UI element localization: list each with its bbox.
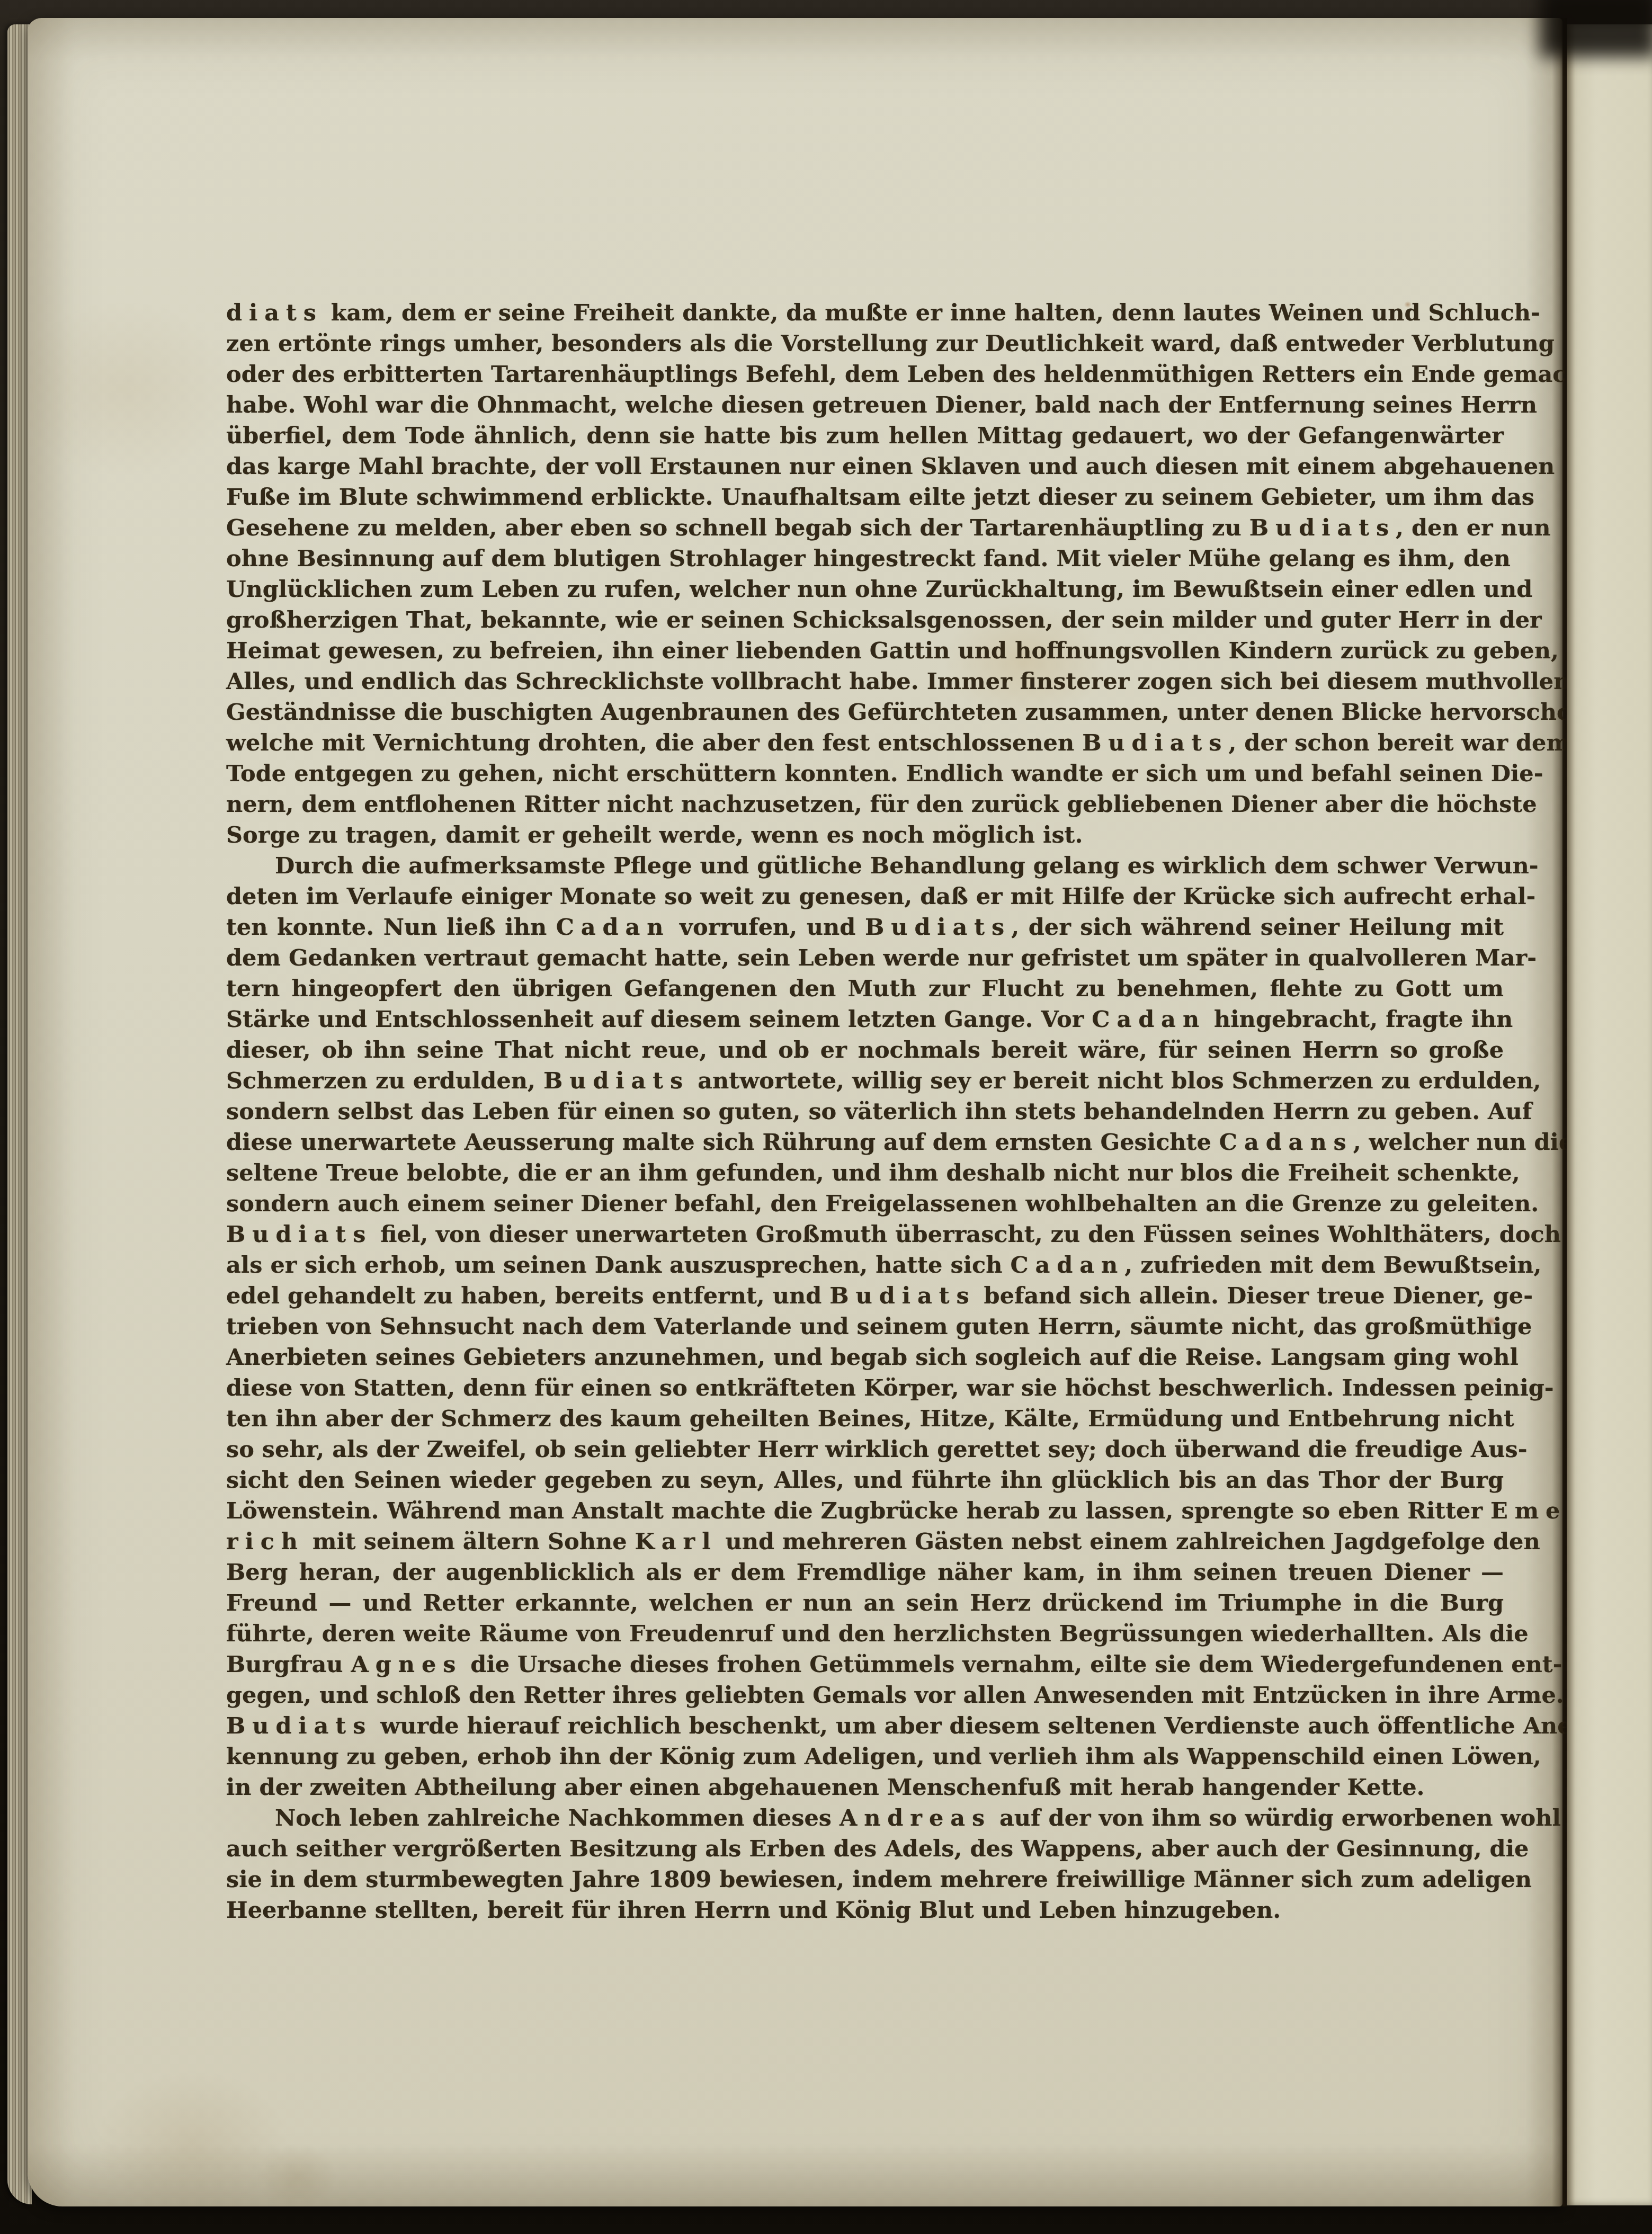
text-run: diese von Statten, denn für einen so ent…	[226, 1375, 1554, 1401]
text-line: sondern auch einem seiner Diener befahl,…	[226, 1189, 1504, 1219]
text-line: trieben von Sehnsucht nach dem Vaterland…	[226, 1311, 1504, 1342]
spaced-name: Budiats	[226, 1221, 372, 1248]
text-run: auf der von ihm so würdig erworbenen woh…	[992, 1805, 1561, 1831]
text-run: dieser, ob ihn seine That nicht reue, un…	[226, 1037, 1504, 1064]
text-line: tern hingeopfert den übrigen Gefangenen …	[226, 973, 1504, 1004]
text-line: Tode entgegen zu gehen, nicht erschütter…	[226, 758, 1504, 789]
text-line: das karge Mahl brachte, der voll Erstaun…	[226, 451, 1504, 482]
text-line: Durch die aufmerksamste Pflege und gütli…	[226, 851, 1504, 881]
text-run: führte, deren weite Räume von Freudenruf…	[226, 1621, 1529, 1647]
text-line: deten im Verlaufe einiger Monate so weit…	[226, 881, 1504, 912]
spine-shadow	[1540, 0, 1652, 57]
page-text: diats kam, dem er seine Freiheit dankte,…	[226, 298, 1504, 1926]
text-line: gegen, und schloß den Retter ihres gelie…	[226, 1680, 1504, 1711]
text-run: , der sich während seiner Heilung mit	[1011, 914, 1504, 941]
text-line: sicht den Seinen wieder gegeben zu seyn,…	[226, 1465, 1504, 1496]
text-run: kennung zu geben, erhob ihn der König zu…	[226, 1744, 1541, 1770]
adjacent-page-sliver	[1567, 24, 1652, 2205]
text-run: Freund — und Retter erkannte, welchen er…	[226, 1590, 1504, 1616]
text-run: Noch leben zahlreiche Nachkommen dieses	[275, 1805, 840, 1831]
text-line: habe. Wohl war die Ohnmacht, welche dies…	[226, 390, 1504, 421]
text-line: dem Gedanken vertraut gemacht hatte, sei…	[226, 943, 1504, 973]
spaced-name: diats	[226, 300, 323, 326]
text-run: ten konnte. Nun ließ ihn	[226, 914, 556, 941]
text-run: und mehreren Gästen nebst einem zahlreic…	[717, 1529, 1540, 1555]
spaced-name: Karl	[635, 1529, 718, 1555]
text-line: überfiel, dem Tode ähnlich, denn sie hat…	[226, 421, 1504, 451]
text-line: Noch leben zahlreiche Nachkommen dieses …	[226, 1803, 1504, 1834]
text-run: , zufrieden mit dem Bewußtsein,	[1124, 1252, 1541, 1279]
text-run: Gesehene zu melden, aber eben so schnell…	[226, 515, 1249, 541]
spaced-name: Budiats	[829, 1283, 976, 1309]
text-line: Sorge zu tragen, damit er geheilt werde,…	[226, 820, 1504, 851]
text-line: Burgfrau Agnes die Ursache dieses frohen…	[226, 1649, 1504, 1680]
text-line: ohne Besinnung auf dem blutigen Strohlag…	[226, 543, 1504, 574]
text-run: Alles, und endlich das Schrecklichste vo…	[226, 668, 1570, 695]
text-run: sicht den Seinen wieder gegeben zu seyn,…	[226, 1467, 1504, 1494]
text-line: als er sich erhob, um seinen Dank auszus…	[226, 1250, 1504, 1281]
text-line: rich mit seinem ältern Sohne Karl und me…	[226, 1526, 1504, 1557]
text-run: fiel, von dieser unerwarteten Großmuth ü…	[372, 1221, 1561, 1248]
text-run: Unglücklichen zum Leben zu rufen, welche…	[226, 576, 1532, 603]
text-run: edel gehandelt zu haben, bereits entfern…	[226, 1283, 829, 1309]
spaced-name: Budiats	[1082, 730, 1228, 756]
text-run: , der schon bereit war dem	[1228, 730, 1570, 756]
text-line: oder des erbitterten Tartarenhäuptlings …	[226, 359, 1504, 390]
text-run: sondern selbst das Leben für einen so gu…	[226, 1098, 1532, 1125]
text-line: seltene Treue belobte, die er an ihm gef…	[226, 1158, 1504, 1189]
text-run: Fuße im Blute schwimmend erblickte. Unau…	[226, 484, 1534, 511]
text-run: , den er nun	[1396, 515, 1550, 541]
spaced-name: Budiats	[226, 1713, 372, 1739]
book-gutter-shadow	[1552, 18, 1567, 2206]
text-run: das karge Mahl brachte, der voll Erstaun…	[226, 453, 1555, 480]
text-line: auch seither vergrößerten Besitzung als …	[226, 1834, 1504, 1864]
text-run: seltene Treue belobte, die er an ihm gef…	[226, 1160, 1520, 1186]
spaced-name: Cadan	[556, 914, 671, 941]
text-run: , welcher nun die	[1353, 1129, 1574, 1156]
text-run: zen ertönte rings umher, besonders als d…	[226, 330, 1555, 357]
text-line: so sehr, als der Zweifel, ob sein gelieb…	[226, 1434, 1504, 1465]
text-line: Budiats wurde hierauf reichlich beschenk…	[226, 1711, 1504, 1741]
text-run: überfiel, dem Tode ähnlich, denn sie hat…	[226, 423, 1504, 449]
spaced-name: Budiats	[543, 1068, 690, 1094]
text-run: trieben von Sehnsucht nach dem Vaterland…	[226, 1313, 1532, 1340]
text-line: Freund — und Retter erkannte, welchen er…	[226, 1588, 1504, 1619]
text-line: zen ertönte rings umher, besonders als d…	[226, 328, 1504, 359]
text-line: sondern selbst das Leben für einen so gu…	[226, 1096, 1504, 1127]
text-run: sie in dem sturmbewegten Jahre 1809 bewi…	[226, 1866, 1532, 1893]
text-line: ten konnte. Nun ließ ihn Cadan vorrufen,…	[226, 912, 1504, 943]
text-run: welche mit Vernichtung drohten, die aber…	[226, 730, 1082, 756]
text-run: deten im Verlaufe einiger Monate so weit…	[226, 883, 1535, 910]
text-line: welche mit Vernichtung drohten, die aber…	[226, 728, 1504, 758]
text-run: antwortete, willig sey er bereit nicht b…	[690, 1068, 1541, 1094]
text-line: in der zweiten Abtheilung aber einen abg…	[226, 1772, 1504, 1803]
text-line: nern, dem entflohenen Ritter nicht nachz…	[226, 789, 1504, 820]
text-line: Fuße im Blute schwimmend erblickte. Unau…	[226, 482, 1504, 513]
text-run: Sorge zu tragen, damit er geheilt werde,…	[226, 822, 1083, 848]
text-line: edel gehandelt zu haben, bereits entfern…	[226, 1281, 1504, 1311]
text-run: tern hingeopfert den übrigen Gefangenen …	[226, 976, 1504, 1002]
text-run: vorrufen, und	[670, 914, 865, 941]
text-run: mit seinem ältern Sohne	[305, 1529, 635, 1555]
text-line: sie in dem sturmbewegten Jahre 1809 bewi…	[226, 1864, 1504, 1895]
text-run: auch seither vergrößerten Besitzung als …	[226, 1836, 1529, 1862]
text-line: kennung zu geben, erhob ihn der König zu…	[226, 1741, 1504, 1772]
text-run: nern, dem entflohenen Ritter nicht nachz…	[226, 791, 1537, 818]
text-line: diese unerwartete Aeusserung malte sich …	[226, 1127, 1504, 1158]
text-run: Burgfrau	[226, 1651, 351, 1678]
text-run: dem Gedanken vertraut gemacht hatte, sei…	[226, 945, 1537, 971]
text-line: Geständnisse die buschigten Augenbraunen…	[226, 697, 1504, 728]
text-run: Löwenstein. Während man Anstalt machte d…	[226, 1498, 1490, 1524]
text-line: großherzigen That, bekannte, wie er sein…	[226, 605, 1504, 636]
text-run: Stärke und Entschlossenheit auf diesem s…	[226, 1006, 1092, 1033]
text-run: in der zweiten Abtheilung aber einen abg…	[226, 1774, 1424, 1801]
text-line: diats kam, dem er seine Freiheit dankte,…	[226, 298, 1504, 328]
text-run: Geständnisse die buschigten Augenbraunen…	[226, 699, 1637, 726]
text-run: gegen, und schloß den Retter ihres gelie…	[226, 1682, 1564, 1709]
text-line: dieser, ob ihn seine That nicht reue, un…	[226, 1035, 1504, 1066]
text-run: Heerbanne stellten, bereit für ihren Her…	[226, 1897, 1281, 1924]
spaced-name: rich	[226, 1529, 305, 1555]
text-line: Unglücklichen zum Leben zu rufen, welche…	[226, 574, 1504, 605]
text-run: habe. Wohl war die Ohnmacht, welche dies…	[226, 392, 1537, 418]
text-line: Gesehene zu melden, aber eben so schnell…	[226, 513, 1504, 543]
text-run: oder des erbitterten Tartarenhäuptlings …	[226, 361, 1594, 388]
spaced-name: Budiats	[865, 914, 1011, 941]
text-run: ohne Besinnung auf dem blutigen Strohlag…	[226, 546, 1511, 572]
text-line: Schmerzen zu erdulden, Budiats antwortet…	[226, 1066, 1504, 1096]
book-scan: diats kam, dem er seine Freiheit dankte,…	[0, 0, 1652, 2234]
text-run: Anerbieten seines Gebieters anzunehmen, …	[226, 1344, 1519, 1371]
text-run: kam, dem er seine Freiheit dankte, da mu…	[323, 300, 1540, 326]
text-run: Tode entgegen zu gehen, nicht erschütter…	[226, 761, 1543, 787]
text-run: sondern auch einem seiner Diener befahl,…	[226, 1191, 1539, 1217]
text-run: großherzigen That, bekannte, wie er sein…	[226, 607, 1542, 633]
text-run: diese unerwartete Aeusserung malte sich …	[226, 1129, 1219, 1156]
text-line: Löwenstein. Während man Anstalt machte d…	[226, 1496, 1504, 1526]
text-line: führte, deren weite Räume von Freudenruf…	[226, 1619, 1504, 1649]
text-run: Berg heran, der augenblicklich als er de…	[226, 1559, 1504, 1586]
spaced-name: Budiats	[1249, 515, 1396, 541]
book-page: diats kam, dem er seine Freiheit dankte,…	[28, 18, 1562, 2206]
text-line: Stärke und Entschlossenheit auf diesem s…	[226, 1004, 1504, 1035]
text-line: Berg heran, der augenblicklich als er de…	[226, 1557, 1504, 1588]
text-run: als er sich erhob, um seinen Dank auszus…	[226, 1252, 1010, 1279]
text-line: Heerbanne stellten, bereit für ihren Her…	[226, 1895, 1504, 1926]
text-line: ten ihn aber der Schmerz des kaum geheil…	[226, 1404, 1504, 1434]
text-line: diese von Statten, denn für einen so ent…	[226, 1373, 1504, 1404]
text-line: Budiats fiel, von dieser unerwarteten Gr…	[226, 1219, 1504, 1250]
spaced-name: Andreas	[840, 1805, 992, 1831]
spaced-name: Agnes	[351, 1651, 463, 1678]
text-run: hingebracht, fragte ihn	[1206, 1006, 1513, 1033]
text-run: so sehr, als der Zweifel, ob sein gelieb…	[226, 1436, 1528, 1463]
text-line: Heimat gewesen, zu befreien, ihn einer l…	[226, 636, 1504, 666]
text-run: befand sich allein. Dieser treue Diener,…	[976, 1283, 1533, 1309]
text-run: die Ursache dieses frohen Getümmels vern…	[462, 1651, 1562, 1678]
text-run: Durch die aufmerksamste Pflege und gütli…	[275, 853, 1539, 879]
spaced-name: Cadan	[1010, 1252, 1124, 1279]
spaced-name: Cadans	[1219, 1129, 1353, 1156]
text-run: ten ihn aber der Schmerz des kaum geheil…	[226, 1406, 1514, 1432]
text-run: Schmerzen zu erdulden,	[226, 1068, 543, 1094]
text-run: wurde hierauf reichlich beschenkt, um ab…	[372, 1713, 1593, 1739]
spaced-name: Cadan	[1092, 1006, 1206, 1033]
text-line: Alles, und endlich das Schrecklichste vo…	[226, 666, 1504, 697]
text-line: Anerbieten seines Gebieters anzunehmen, …	[226, 1342, 1504, 1373]
text-run: Heimat gewesen, zu befreien, ihn einer l…	[226, 638, 1559, 664]
